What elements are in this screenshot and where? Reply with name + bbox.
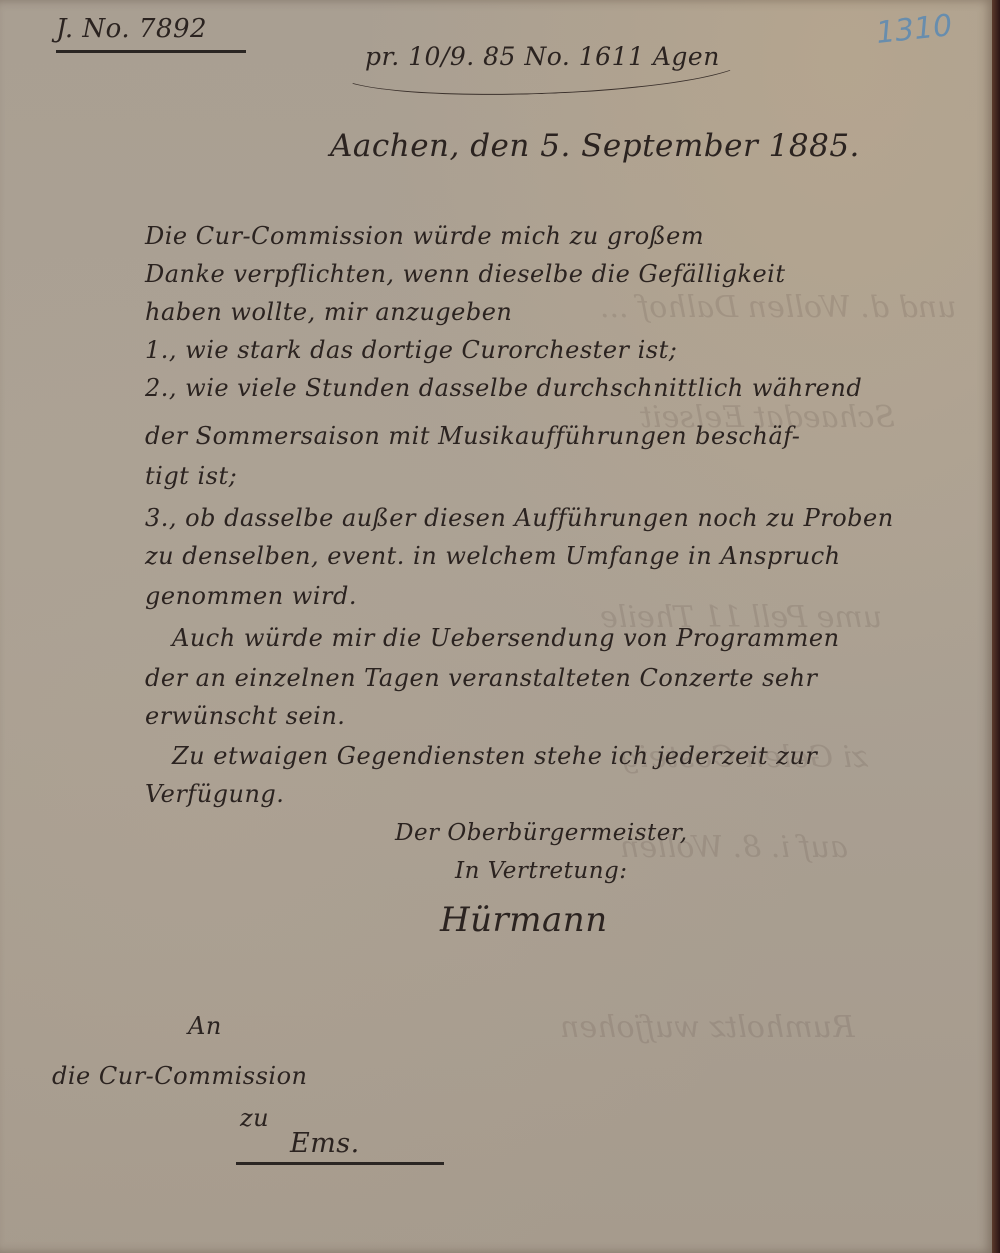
closing-proxy: In Vertretung: xyxy=(455,858,628,884)
signature: Hürmann xyxy=(440,900,608,940)
body-line: 3., ob dasselbe außer diesen Aufführunge… xyxy=(145,504,894,532)
body-line: erwünscht sein. xyxy=(145,702,345,730)
body-line: Danke verpflichten, wenn dieselbe die Ge… xyxy=(145,260,786,288)
journal-underline xyxy=(56,50,246,53)
bleed-through-text: und d. Wollen Dalhof ... xyxy=(600,290,956,325)
body-line: Zu etwaigen Gegendiensten stehe ich jede… xyxy=(172,742,817,770)
body-line: der Sommersaison mit Musikaufführungen b… xyxy=(145,422,800,450)
addressee-place: Ems. xyxy=(290,1128,360,1159)
binding-edge xyxy=(992,0,1000,1253)
addressee-zu: zu xyxy=(240,1104,269,1132)
addressee-recipient: die Cur-Commission xyxy=(52,1062,308,1090)
place-date: Aachen, den 5. September 1885. xyxy=(330,128,860,164)
body-line: 1., wie stark das dortige Curorchester i… xyxy=(145,336,677,364)
body-line: Die Cur-Commission würde mich zu großem xyxy=(145,222,704,250)
body-line: Auch würde mir die Uebersendung von Prog… xyxy=(172,624,840,652)
journal-number: J. No. 7892 xyxy=(56,14,207,44)
body-line: genommen wird. xyxy=(145,582,357,610)
addressee-underline xyxy=(236,1162,444,1165)
body-line: der an einzelnen Tagen veranstalteten Co… xyxy=(145,664,818,692)
archive-mark-blue: 1310 xyxy=(874,8,954,51)
bleed-through-text: Rumholtz wufjohen xyxy=(560,1010,855,1045)
body-line: haben wollte, mir anzugeben xyxy=(145,298,512,326)
addressee-prefix: An xyxy=(188,1012,222,1040)
body-line: 2., wie viele Stunden dasselbe durchschn… xyxy=(145,374,862,402)
letter-sheet: und d. Wollen Dalhof ... Schaedat Eelsei… xyxy=(0,0,994,1253)
body-line: Verfügung. xyxy=(145,780,284,808)
receipt-note: pr. 10/9. 85 No. 1611 Agen xyxy=(365,42,720,71)
closing-title: Der Oberbürgermeister, xyxy=(395,820,688,846)
body-line: tigt ist; xyxy=(145,462,237,490)
body-line: zu denselben, event. in welchem Umfange … xyxy=(145,542,841,570)
